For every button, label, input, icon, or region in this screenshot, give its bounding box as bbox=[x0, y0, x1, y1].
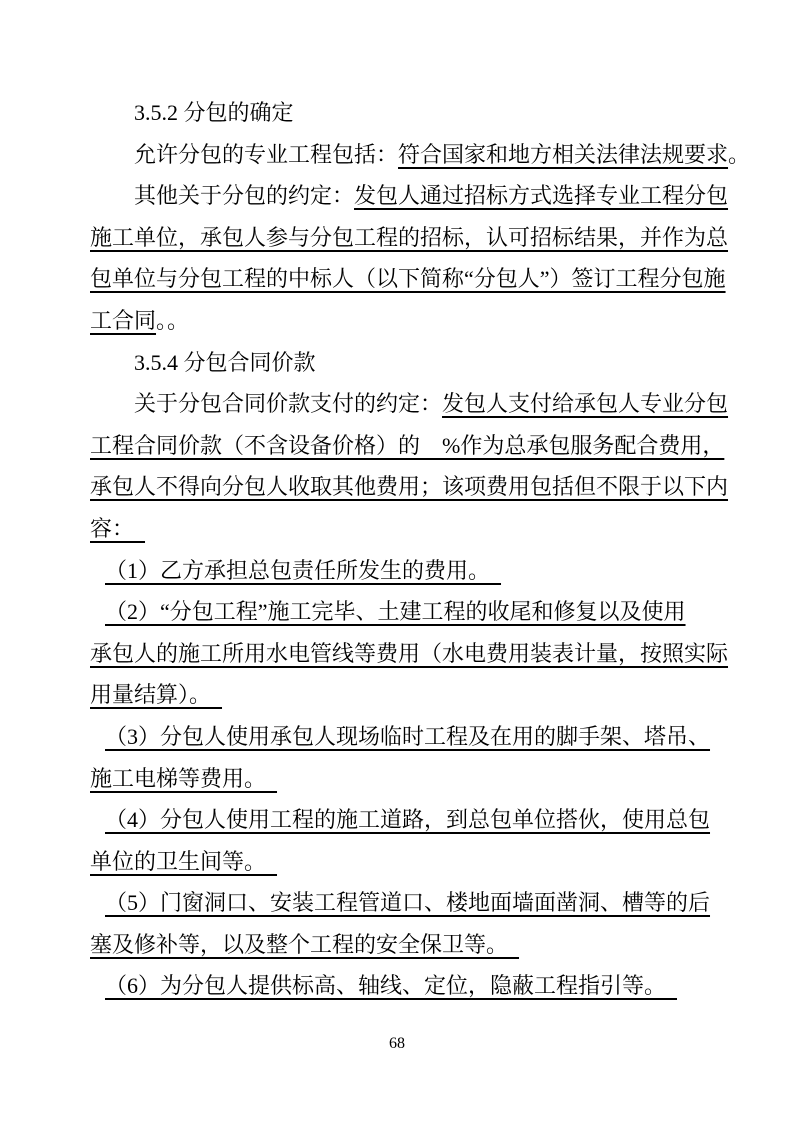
list-item-2: （2）“分包工程”施工完毕、土建工程的收尾和修复以及使用 bbox=[90, 591, 716, 633]
underlined-text-run: 工程合同价款（不含设备价格）的 %作为总承包服务配合费用， bbox=[90, 433, 724, 458]
text-line: 工程合同价款（不含设备价格）的 %作为总承包服务配合费用， bbox=[90, 425, 716, 467]
text-run: 关于分包合同价款支付的约定： bbox=[134, 391, 442, 416]
text-line: 承包人不得向分包人收取其他费用；该项费用包括但不限于以下内 bbox=[90, 466, 716, 508]
underlined-text-run: 承包人不得向分包人收取其他费用；该项费用包括但不限于以下内 bbox=[90, 474, 728, 499]
list-item-3: （3）分包人使用承包人现场临时工程及在用的脚手架、塔吊、 bbox=[90, 716, 716, 758]
text-run: 。 bbox=[728, 142, 750, 167]
underlined-text-run: 施工电梯等费用。 bbox=[90, 766, 277, 791]
text-line: 关于分包合同价款支付的约定：发包人支付给承包人专业分包 bbox=[90, 383, 716, 425]
text-run: 。。 bbox=[156, 308, 189, 333]
text-run: 3.5.2 分包的确定 bbox=[134, 100, 294, 125]
text-run: 其他关于分包的约定： bbox=[134, 183, 354, 208]
page-number: 68 bbox=[0, 1034, 794, 1054]
underlined-text-run: 包单位与分包工程的中标人（以下简称“分包人”）签订工程分包施 bbox=[90, 266, 726, 291]
text-line: 允许分包的专业工程包括：符合国家和地方相关法律法规要求。 bbox=[90, 134, 716, 176]
underlined-text-run: 工合同 bbox=[90, 308, 156, 333]
underlined-text-run: （6）为分包人提供标高、轴线、定位，隐蔽工程指引等。 bbox=[105, 973, 677, 998]
text-line: 工合同。。 bbox=[90, 300, 716, 342]
underlined-text-run: （5）门窗洞口、安装工程管道口、楼地面墙面凿洞、槽等的后 bbox=[105, 890, 710, 915]
list-item-5: （5）门窗洞口、安装工程管道口、楼地面墙面凿洞、槽等的后 bbox=[90, 882, 716, 924]
underlined-text-run: 用量结算）。 bbox=[90, 682, 222, 707]
text-line: 容： bbox=[90, 508, 716, 550]
underlined-text-run: 施工单位，承包人参与分包工程的招标，认可招标结果，并作为总 bbox=[90, 225, 728, 250]
document-page: 3.5.2 分包的确定允许分包的专业工程包括：符合国家和地方相关法律法规要求。其… bbox=[0, 0, 794, 1122]
text-line: 承包人的施工所用水电管线等费用（水电费用装表计量，按照实际 bbox=[90, 633, 716, 675]
underlined-text-run: （1）乙方承担总包责任所发生的费用。 bbox=[105, 558, 501, 583]
text-line: 塞及修补等，以及整个工程的安全保卫等。 bbox=[90, 924, 716, 966]
underlined-text-run: 符合国家和地方相关法律法规要求 bbox=[398, 142, 728, 167]
text-run: 允许分包的专业工程包括： bbox=[134, 142, 398, 167]
underlined-text-run: 发包人支付给承包人专业分包 bbox=[442, 391, 728, 416]
underlined-text-run: 塞及修补等，以及整个工程的安全保卫等。 bbox=[90, 932, 519, 957]
list-item-6: （6）为分包人提供标高、轴线、定位，隐蔽工程指引等。 bbox=[90, 965, 716, 1007]
underlined-text-run: （2）“分包工程”施工完毕、土建工程的收尾和修复以及使用 bbox=[105, 599, 686, 624]
section-heading-3-5-4: 3.5.4 分包合同价款 bbox=[90, 342, 716, 384]
underlined-text-run: 容： bbox=[90, 516, 145, 541]
underlined-text-run: 单位的卫生间等。 bbox=[90, 849, 277, 874]
list-item-4: （4）分包人使用工程的施工道路，到总包单位搭伙，使用总包 bbox=[90, 799, 716, 841]
section-heading-3-5-2: 3.5.2 分包的确定 bbox=[90, 92, 716, 134]
document-body: 3.5.2 分包的确定允许分包的专业工程包括：符合国家和地方相关法律法规要求。其… bbox=[90, 92, 716, 1007]
list-item-1: （1）乙方承担总包责任所发生的费用。 bbox=[90, 550, 716, 592]
text-line: 施工单位，承包人参与分包工程的招标，认可招标结果，并作为总 bbox=[90, 217, 716, 259]
underlined-text-run: 承包人的施工所用水电管线等费用（水电费用装表计量，按照实际 bbox=[90, 641, 728, 666]
text-line: 其他关于分包的约定：发包人通过招标方式选择专业工程分包 bbox=[90, 175, 716, 217]
underlined-text-run: 发包人通过招标方式选择专业工程分包 bbox=[354, 183, 728, 208]
text-line: 单位的卫生间等。 bbox=[90, 841, 716, 883]
text-run: 3.5.4 分包合同价款 bbox=[134, 350, 316, 375]
text-line: 包单位与分包工程的中标人（以下简称“分包人”）签订工程分包施 bbox=[90, 258, 716, 300]
underlined-text-run: （4）分包人使用工程的施工道路，到总包单位搭伙，使用总包 bbox=[105, 807, 710, 832]
text-line: 用量结算）。 bbox=[90, 674, 716, 716]
underlined-text-run: （3）分包人使用承包人现场临时工程及在用的脚手架、塔吊、 bbox=[105, 724, 710, 749]
text-line: 施工电梯等费用。 bbox=[90, 758, 716, 800]
